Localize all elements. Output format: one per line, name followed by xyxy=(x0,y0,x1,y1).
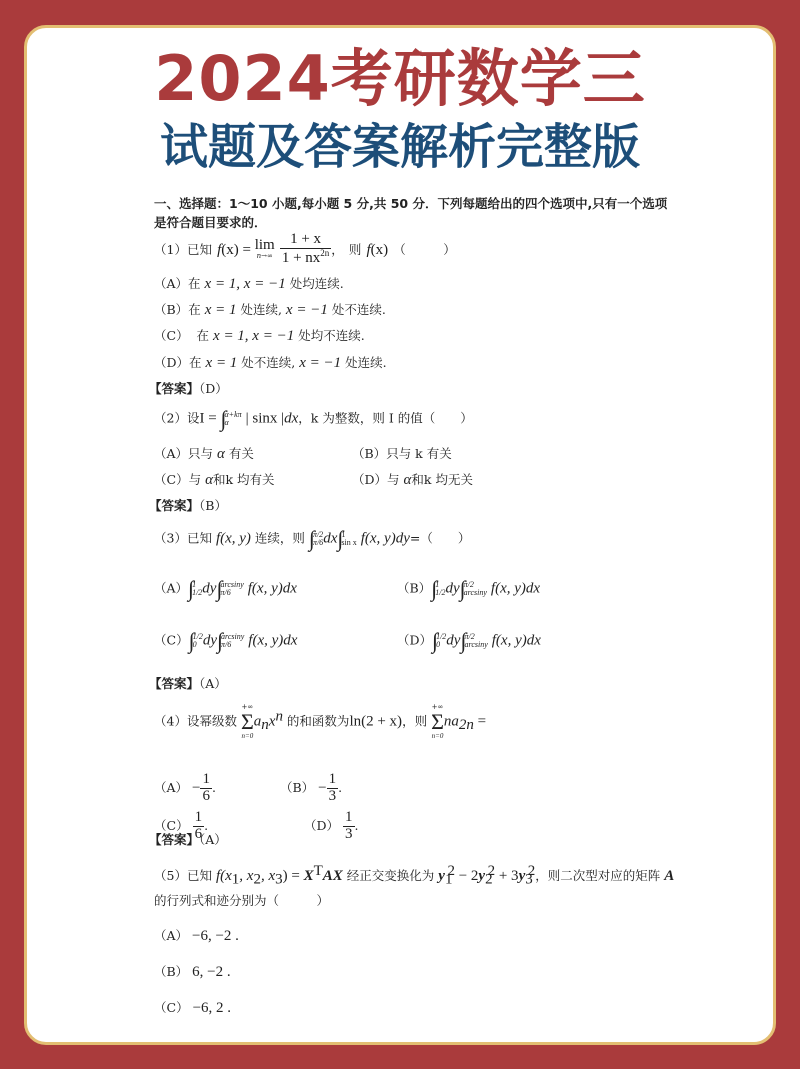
integral-bounds: π/2π/6 xyxy=(313,531,323,547)
lower-bound: sin x xyxy=(341,539,356,547)
fraction: 1 + x1 + nx2n xyxy=(280,232,331,267)
option-label: （A） xyxy=(154,928,188,943)
math: x = −1 xyxy=(286,302,328,318)
question-2-answer: 【答案】（B） xyxy=(149,496,227,514)
option-text: 处连续, xyxy=(240,302,281,317)
math: + 3 xyxy=(495,868,518,884)
option-text: 与 xyxy=(387,472,400,487)
den-text: 1 + nx xyxy=(282,250,320,266)
math: = xyxy=(239,242,255,258)
option-label: （C） xyxy=(154,633,189,648)
exponent: n xyxy=(275,708,283,724)
page-title: 2024考研数学三 xyxy=(27,48,773,110)
question-number: （5） xyxy=(154,868,187,883)
math: (x) xyxy=(371,242,389,258)
denominator: 3 xyxy=(343,826,355,843)
fraction: 13 xyxy=(343,810,355,843)
option-text: 与 xyxy=(189,472,202,487)
question-2-option-c: （C）与 α和k 均有关 xyxy=(154,470,275,489)
option-label: （A） xyxy=(154,581,188,596)
stem-text: 已知 xyxy=(187,531,212,546)
limit-expression: limn→∞ xyxy=(255,238,275,260)
integral-bounds: α+kπα xyxy=(224,411,241,427)
math: − xyxy=(192,780,200,796)
stem-text: 已知 xyxy=(187,242,212,257)
stem-text: 连续，则 xyxy=(255,531,305,546)
lower-bound: 0 xyxy=(193,641,203,649)
denominator: 3 xyxy=(327,788,339,805)
stem-text: 已知 xyxy=(187,868,212,883)
math: − 2 xyxy=(455,868,478,884)
stem-text: 设幂级数 xyxy=(187,714,237,729)
stem-text: 则 xyxy=(349,242,362,257)
math: 6, −2 . xyxy=(192,964,230,980)
option-text: 只与 k 有关 xyxy=(386,446,452,461)
question-1-option-a: （A）在 x = 1, x = −1 处均连续. xyxy=(154,274,344,293)
math: . xyxy=(355,818,359,833)
math: AX xyxy=(323,868,343,884)
question-number: （3） xyxy=(154,531,187,546)
numerator: 1 xyxy=(343,810,355,826)
math: − xyxy=(318,780,326,796)
answer-label: 【答案】 xyxy=(149,676,199,691)
answer-blank: （ ） xyxy=(393,242,456,257)
math: , x xyxy=(261,868,275,884)
math: f(x, y)dx xyxy=(491,581,540,597)
option-label: （B） xyxy=(280,780,314,795)
math: dy xyxy=(203,633,217,649)
document-card: 2024考研数学三 试题及答案解析完整版 一、选择题：1～10 小题,每小题 5… xyxy=(24,25,776,1045)
lim-text: lim xyxy=(255,238,275,253)
stem-text: ，则二次型对应的矩阵 xyxy=(535,868,660,883)
lower-bound: 0 xyxy=(436,641,446,649)
numerator: 1 xyxy=(193,810,205,826)
math: y xyxy=(438,868,445,884)
option-label: （D） xyxy=(154,355,189,370)
lower-bound: arcsiny xyxy=(465,641,488,649)
question-1-option-d: （D）在 x = 1 处不连续, x = −1 处连续. xyxy=(154,353,387,372)
exponent: 2 xyxy=(447,863,455,879)
numerator: 1 + x xyxy=(280,232,331,249)
question-3-option-d: （D）∫1/20dy∫π/2arcsiny f(x, y)dx xyxy=(397,628,541,654)
option-label: （A） xyxy=(154,780,188,795)
math: f(x, y)dx xyxy=(248,581,297,597)
question-1-option-b: （B）在 x = 1 处连续, x = −1 处不连续. xyxy=(154,300,386,319)
math: dy xyxy=(446,633,460,649)
subscript: 2n xyxy=(459,717,474,733)
math: . xyxy=(212,780,216,795)
denominator: 1 + nx2n xyxy=(280,249,331,267)
question-2-option-b: （B）只与 k 有关 xyxy=(352,444,452,462)
summation: +∞Σn=0 xyxy=(431,704,444,740)
math: , x xyxy=(239,868,253,884)
integral-bounds: 1/20 xyxy=(436,633,446,649)
option-label: （C） xyxy=(154,472,189,487)
question-number: （1） xyxy=(154,242,187,257)
question-5-option-c: （C） −6, 2 . xyxy=(154,998,231,1017)
math: = xyxy=(474,714,486,730)
sigma-sign: Σ xyxy=(431,711,444,733)
math: α xyxy=(205,472,213,488)
math: x = −1 xyxy=(299,355,341,371)
math: A xyxy=(664,868,674,884)
question-3-stem: （3）已知 f(x, y) 连续，则 ∫π/2π/6dx∫1sin x f(x,… xyxy=(154,526,470,552)
exponent: 2n xyxy=(320,248,329,258)
stem-text: 设 xyxy=(187,411,200,426)
integral-bounds: 1/20 xyxy=(193,633,203,649)
fraction: 16 xyxy=(200,772,212,805)
integral-bounds: 11/2 xyxy=(435,581,445,597)
lower-bound: n=0 xyxy=(431,733,444,740)
lower-bound: 1/2 xyxy=(192,589,202,597)
lower-bound: π/6 xyxy=(221,589,244,597)
page-subtitle: 试题及答案解析完整版 xyxy=(27,123,773,171)
option-text: 和k 均有关 xyxy=(213,472,275,487)
math: α xyxy=(217,446,225,462)
question-3-answer: 【答案】（A） xyxy=(149,674,227,692)
math: f(x, y)dy xyxy=(361,531,410,547)
answer-label: 【答案】 xyxy=(149,498,199,513)
math: f(x, y)dx xyxy=(248,633,297,649)
lower-bound: n=0 xyxy=(241,733,254,740)
integral-bounds: arcsinyπ/6 xyxy=(221,581,244,597)
math: x = 1, x = −1 xyxy=(213,328,294,344)
answer-value: （A） xyxy=(199,832,227,847)
math: na xyxy=(444,714,459,730)
math: ) = xyxy=(283,868,304,884)
option-text: 处均不连续. xyxy=(298,328,364,343)
answer-value: （A） xyxy=(199,676,227,691)
answer-value: （D） xyxy=(199,381,228,396)
question-4-stem: （4）设幂级数 +∞Σn=0anxn 的和函数为ln(2 + x)，则 +∞Σn… xyxy=(154,704,486,740)
math: dy xyxy=(445,581,459,597)
option-label: （B） xyxy=(352,446,386,461)
lower-bound: arcsiny xyxy=(464,589,487,597)
stem-text: =（ ） xyxy=(410,531,470,546)
option-label: （B） xyxy=(154,964,188,979)
option-text: 在 xyxy=(188,302,201,317)
option-text: 处均连续. xyxy=(290,276,344,291)
stem-text: ，则 xyxy=(402,714,427,729)
option-label: （D） xyxy=(397,633,432,648)
integral-bounds: 1sin x xyxy=(341,531,356,547)
question-2-stem: （2）设I = ∫α+kπα | sinx |dx，k 为整数，则 I 的值（ … xyxy=(154,406,473,432)
question-number: （2） xyxy=(154,411,187,426)
question-1-answer: 【答案】（D） xyxy=(149,379,228,397)
math: f(x xyxy=(216,868,232,884)
integral-bounds: 11/2 xyxy=(192,581,202,597)
exponent: T xyxy=(314,863,323,879)
option-text: 处不连续, xyxy=(241,355,295,370)
question-3-option-b: （B）∫11/2dy∫π/2arcsiny f(x, y)dx xyxy=(397,576,540,602)
option-label: （B） xyxy=(154,302,188,317)
stem-text: 的和函数为 xyxy=(287,714,350,729)
question-3-option-c: （C）∫1/20dy∫arcsinyπ/6 f(x, y)dx xyxy=(154,628,297,654)
question-4-option-b: （B） −13. xyxy=(280,772,342,805)
question-4-option-a: （A） −16. xyxy=(154,772,216,805)
question-5-stem-line2: 的行列式和迹分别为（ ） xyxy=(154,891,329,909)
question-4-answer: 【答案】（A） xyxy=(149,830,227,848)
option-label: （A） xyxy=(154,276,188,291)
subscript: 2 xyxy=(253,872,261,888)
question-1-option-c: （C） 在 x = 1, x = −1 处均不连续. xyxy=(154,326,365,345)
answer-label: 【答案】 xyxy=(149,832,199,847)
stem-text: ， xyxy=(331,242,344,257)
integral-bounds: π/2arcsiny xyxy=(465,633,488,649)
lower-bound: 1/2 xyxy=(435,589,445,597)
question-5-stem: （5）已知 f(x1, x2, x3) = XTAX 经正交变换化为 y12 −… xyxy=(154,863,674,889)
math: f(x, y) xyxy=(216,531,251,547)
question-3-option-a: （A）∫11/2dy∫arcsinyπ/6 f(x, y)dx xyxy=(154,576,297,602)
option-text: 在 xyxy=(197,328,210,343)
math: −6, −2 . xyxy=(192,928,239,944)
question-number: （4） xyxy=(154,714,187,729)
denominator: 6 xyxy=(200,788,212,805)
section-heading: 一、选择题：1～10 小题,每小题 5 分,共 50 分．下列每题给出的四个选项… xyxy=(154,194,674,232)
option-text: 在 xyxy=(188,276,201,291)
math: . xyxy=(338,780,342,795)
question-2-option-a: （A）只与 α 有关 xyxy=(154,444,254,463)
question-5-option-a: （A） −6, −2 . xyxy=(154,926,239,945)
option-label: （C） xyxy=(154,1000,189,1015)
option-text: 和k 均无关 xyxy=(411,472,473,487)
integral-bounds: π/2arcsiny xyxy=(464,581,487,597)
option-text: 只与 xyxy=(188,446,213,461)
option-label: （B） xyxy=(397,581,431,596)
math: −6, 2 . xyxy=(193,1000,231,1016)
answer-label: 【答案】 xyxy=(149,381,199,396)
option-text: 有关 xyxy=(229,446,254,461)
lower-bound: α xyxy=(224,419,241,427)
integral-bounds: arcsinyπ/6 xyxy=(221,633,244,649)
option-label: （D） xyxy=(304,818,339,833)
lim-sub: n→∞ xyxy=(255,253,275,260)
option-text: 处连续. xyxy=(345,355,386,370)
answer-value: （B） xyxy=(199,498,227,513)
question-5-option-b: （B） 6, −2 . xyxy=(154,962,231,981)
sigma-sign: Σ xyxy=(241,711,254,733)
option-text: 处不连续. xyxy=(332,302,386,317)
stem-text: ，k 为整数，则 I 的值（ ） xyxy=(298,411,472,426)
math: x = 1 xyxy=(206,355,238,371)
question-2-option-d: （D）与 α和k 均无关 xyxy=(352,470,473,489)
question-4-option-d: （D） 13. xyxy=(304,810,359,843)
math: | sinx | xyxy=(246,411,285,427)
fraction: 13 xyxy=(327,772,339,805)
math: f(x, y)dx xyxy=(492,633,541,649)
summation: +∞Σn=0 xyxy=(241,704,254,740)
math: dx xyxy=(323,531,337,547)
math: dx xyxy=(284,411,298,427)
math: I = xyxy=(199,411,220,427)
option-label: （D） xyxy=(352,472,387,487)
question-1-stem: （1）已知 f(x) = limn→∞ 1 + x1 + nx2n， 则 f(x… xyxy=(154,232,456,267)
math: x = 1 xyxy=(205,302,237,318)
math: x = 1, x = −1 xyxy=(205,276,286,292)
math: ln(2 + x) xyxy=(349,714,402,730)
numerator: 1 xyxy=(327,772,339,788)
exponent: 2 xyxy=(488,863,496,879)
option-text: 在 xyxy=(189,355,202,370)
subscript: 3 xyxy=(275,872,283,888)
math: X xyxy=(304,868,314,884)
lower-bound: π/6 xyxy=(221,641,244,649)
math: dy xyxy=(202,581,216,597)
option-label: （A） xyxy=(154,446,188,461)
lower-bound: π/6 xyxy=(313,539,323,547)
stem-text: 经正交变换化为 xyxy=(347,868,435,883)
option-label: （C） xyxy=(154,328,189,343)
numerator: 1 xyxy=(200,772,212,788)
math: (x) xyxy=(221,242,239,258)
subscript: n xyxy=(261,717,269,733)
